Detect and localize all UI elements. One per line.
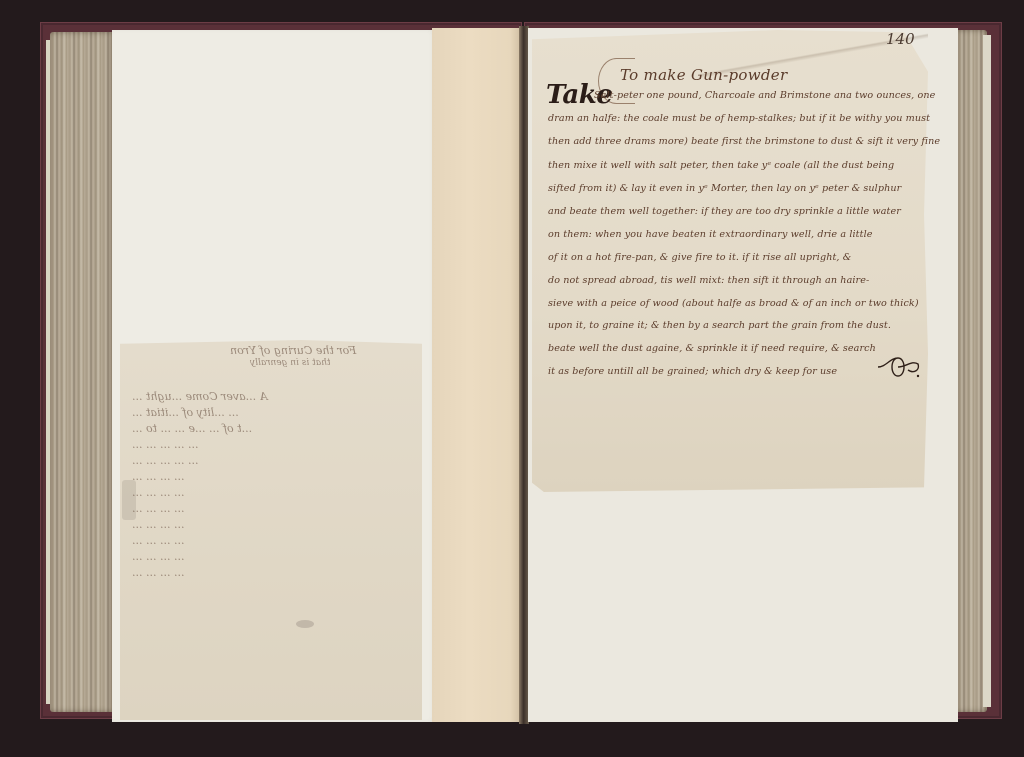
- recipe-line: sieve with a peice of wood (about halfe …: [548, 298, 928, 309]
- letter-body-line: A ...aver Come ...ught ...: [132, 390, 268, 403]
- letter-heading-line: that is in genrally: [250, 358, 331, 368]
- letter-body-line: ... ... ... ...: [132, 502, 184, 515]
- recipe-line: do not spread abroad, tis well mixt: the…: [548, 275, 928, 286]
- letter-body-line: ... ... ... ... ...: [132, 454, 198, 467]
- letter-body-line: ...t of ... ...e ... ... to ...: [132, 422, 252, 435]
- recipe-line: and beate them well together: if they ar…: [548, 206, 928, 217]
- guard-strip: [432, 28, 524, 722]
- letter-body-line: ... ... ... ...: [132, 566, 184, 579]
- recipe-line: upon it, to graine it; & then by a searc…: [548, 320, 928, 331]
- recipe-line: on them: when you have beaten it extraor…: [548, 229, 928, 240]
- letter-heading-line: For the Curing of Yron: [230, 344, 356, 357]
- folio-number: 140: [886, 30, 915, 48]
- recipe-line: dram an halfe: the coale must be of hemp…: [548, 113, 928, 124]
- recipe-line: beate well the dust againe, & sprinkle i…: [548, 343, 928, 354]
- recipe-line: of it on a hot fire-pan, & give fire to …: [548, 252, 928, 263]
- recipe-line: then add three drams more) beate first t…: [548, 136, 928, 147]
- letter-body-line: ... ... ... ... ...: [132, 438, 198, 451]
- page-edges-left: [50, 32, 112, 712]
- letter-body-line: ... ... ... ...: [132, 550, 184, 563]
- recipe-line: sifted from it) & lay it even in yᵉ Mort…: [548, 183, 928, 194]
- recipe-title: To make Gun-powder: [620, 66, 787, 84]
- letter-body-line: ... ... ... ...: [132, 518, 184, 531]
- recipe-line: it as before untill all be grained; whic…: [548, 366, 878, 377]
- letter-body-line: ... ... ... ...: [132, 470, 184, 483]
- end-flourish-icon: [876, 352, 920, 382]
- letter-spot: [296, 620, 314, 628]
- letter-body-line: ... ...lity of ...itiat ...: [132, 406, 239, 419]
- recipe-line: then mixe it well with salt peter, then …: [548, 160, 928, 171]
- page-edge-strip-right: [983, 35, 991, 707]
- letter-body-line: ... ... ... ...: [132, 534, 184, 547]
- recipe-line: Salt-peter one pound, Charcoale and Brim…: [594, 90, 974, 101]
- letter-body-line: ... ... ... ...: [132, 486, 184, 499]
